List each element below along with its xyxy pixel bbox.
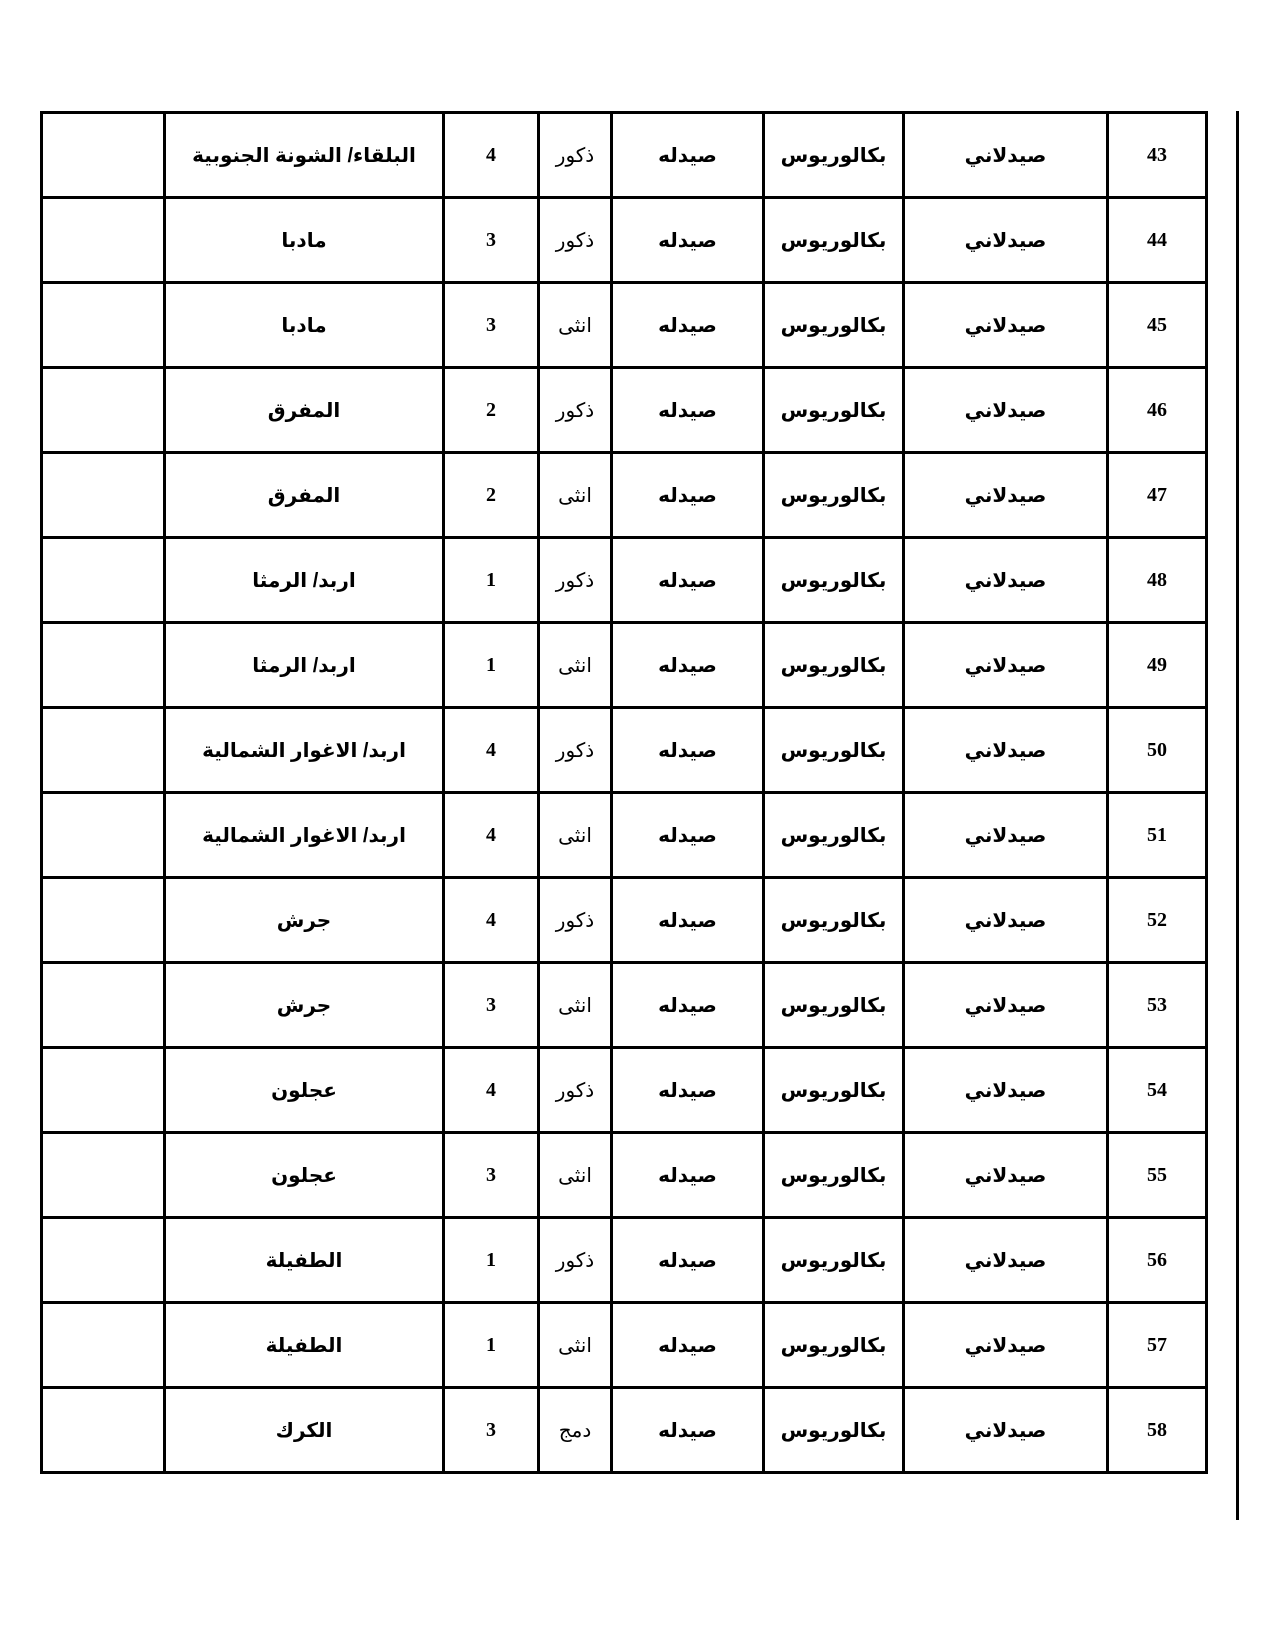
table-row: المفرق2ذكورصيدلهبكالوريوسصيدلاني46 [42,368,1207,453]
table-row: عجلون4ذكورصيدلهبكالوريوسصيدلاني54 [42,1048,1207,1133]
degree-cell: بكالوريوس [764,1133,904,1218]
specialization-cell: صيدله [612,963,764,1048]
degree-cell: بكالوريوس [764,1303,904,1388]
notes-cell [42,1218,165,1303]
specialization-cell: صيدله [612,1388,764,1473]
specialization-cell: صيدله [612,1218,764,1303]
table-row: اربد/ الاغوار الشمالية4انثىصيدلهبكالوريو… [42,793,1207,878]
table-row: المفرق2انثىصيدلهبكالوريوسصيدلاني47 [42,453,1207,538]
job-title-cell: صيدلاني [904,283,1108,368]
job-title-cell: صيدلاني [904,878,1108,963]
specialization-cell: صيدله [612,453,764,538]
gender-cell: انثى [539,793,612,878]
gender-cell: انثى [539,453,612,538]
location-cell: اربد/ الاغوار الشمالية [165,793,444,878]
serial-cell: 43 [1108,113,1207,198]
notes-cell [42,198,165,283]
location-cell: الطفيلة [165,1303,444,1388]
table-row: اربد/ الرمثا1انثىصيدلهبكالوريوسصيدلاني49 [42,623,1207,708]
specialization-cell: صيدله [612,708,764,793]
specialization-cell: صيدله [612,1048,764,1133]
serial-cell: 57 [1108,1303,1207,1388]
count-cell: 4 [444,878,539,963]
location-cell: اربد/ الاغوار الشمالية [165,708,444,793]
specialization-cell: صيدله [612,198,764,283]
location-cell: اربد/ الرمثا [165,623,444,708]
gender-cell: انثى [539,1303,612,1388]
gender-cell: ذكور [539,1048,612,1133]
count-cell: 4 [444,708,539,793]
count-cell: 3 [444,283,539,368]
notes-cell [42,1388,165,1473]
notes-cell [42,113,165,198]
degree-cell: بكالوريوس [764,368,904,453]
specialization-cell: صيدله [612,623,764,708]
location-cell: المفرق [165,368,444,453]
job-title-cell: صيدلاني [904,1133,1108,1218]
gender-cell: انثى [539,1133,612,1218]
degree-cell: بكالوريوس [764,113,904,198]
table-row: الكرك3دمجصيدلهبكالوريوسصيدلاني58 [42,1388,1207,1473]
gender-cell: ذكور [539,878,612,963]
location-cell: عجلون [165,1048,444,1133]
serial-cell: 48 [1108,538,1207,623]
job-title-cell: صيدلاني [904,1048,1108,1133]
specialization-cell: صيدله [612,1133,764,1218]
serial-cell: 54 [1108,1048,1207,1133]
specialization-cell: صيدله [612,538,764,623]
table-row: اربد/ الاغوار الشمالية4ذكورصيدلهبكالوريو… [42,708,1207,793]
notes-cell [42,538,165,623]
gender-cell: ذكور [539,113,612,198]
location-cell: المفرق [165,453,444,538]
gender-cell: ذكور [539,368,612,453]
job-title-cell: صيدلاني [904,368,1108,453]
gender-cell: انثى [539,283,612,368]
table-row: مادبا3انثىصيدلهبكالوريوسصيدلاني45 [42,283,1207,368]
location-cell: البلقاء/ الشونة الجنوبية [165,113,444,198]
job-title-cell: صيدلاني [904,963,1108,1048]
notes-cell [42,793,165,878]
table-row: جرش4ذكورصيدلهبكالوريوسصيدلاني52 [42,878,1207,963]
table-row: اربد/ الرمثا1ذكورصيدلهبكالوريوسصيدلاني48 [42,538,1207,623]
gender-cell: دمج [539,1388,612,1473]
specialization-cell: صيدله [612,113,764,198]
degree-cell: بكالوريوس [764,1048,904,1133]
job-title-cell: صيدلاني [904,708,1108,793]
notes-cell [42,963,165,1048]
location-cell: مادبا [165,283,444,368]
gender-cell: انثى [539,623,612,708]
page-margin-line [1236,111,1239,1520]
count-cell: 1 [444,1303,539,1388]
count-cell: 3 [444,1388,539,1473]
notes-cell [42,283,165,368]
degree-cell: بكالوريوس [764,198,904,283]
table-body: البلقاء/ الشونة الجنوبية4ذكورصيدلهبكالور… [42,113,1207,1473]
degree-cell: بكالوريوس [764,623,904,708]
specialization-cell: صيدله [612,1303,764,1388]
serial-cell: 56 [1108,1218,1207,1303]
degree-cell: بكالوريوس [764,1218,904,1303]
table-row: البلقاء/ الشونة الجنوبية4ذكورصيدلهبكالور… [42,113,1207,198]
document-page: البلقاء/ الشونة الجنوبية4ذكورصيدلهبكالور… [0,0,1275,1650]
notes-cell [42,1303,165,1388]
count-cell: 3 [444,1133,539,1218]
table-row: مادبا3ذكورصيدلهبكالوريوسصيدلاني44 [42,198,1207,283]
job-title-cell: صيدلاني [904,198,1108,283]
serial-cell: 46 [1108,368,1207,453]
count-cell: 2 [444,453,539,538]
count-cell: 4 [444,1048,539,1133]
gender-cell: ذكور [539,198,612,283]
specialization-cell: صيدله [612,368,764,453]
degree-cell: بكالوريوس [764,1388,904,1473]
serial-cell: 53 [1108,963,1207,1048]
notes-cell [42,708,165,793]
count-cell: 1 [444,1218,539,1303]
count-cell: 3 [444,963,539,1048]
gender-cell: ذكور [539,708,612,793]
table-row: الطفيلة1ذكورصيدلهبكالوريوسصيدلاني56 [42,1218,1207,1303]
serial-cell: 52 [1108,878,1207,963]
degree-cell: بكالوريوس [764,538,904,623]
location-cell: اربد/ الرمثا [165,538,444,623]
gender-cell: انثى [539,963,612,1048]
specialization-cell: صيدله [612,878,764,963]
serial-cell: 51 [1108,793,1207,878]
table-row: جرش3انثىصيدلهبكالوريوسصيدلاني53 [42,963,1207,1048]
degree-cell: بكالوريوس [764,963,904,1048]
count-cell: 2 [444,368,539,453]
count-cell: 1 [444,538,539,623]
notes-cell [42,1133,165,1218]
location-cell: جرش [165,878,444,963]
table-row: الطفيلة1انثىصيدلهبكالوريوسصيدلاني57 [42,1303,1207,1388]
serial-cell: 58 [1108,1388,1207,1473]
serial-cell: 47 [1108,453,1207,538]
gender-cell: ذكور [539,538,612,623]
degree-cell: بكالوريوس [764,453,904,538]
job-title-cell: صيدلاني [904,623,1108,708]
job-title-cell: صيدلاني [904,453,1108,538]
specialization-cell: صيدله [612,793,764,878]
serial-cell: 44 [1108,198,1207,283]
degree-cell: بكالوريوس [764,878,904,963]
serial-cell: 49 [1108,623,1207,708]
serial-cell: 45 [1108,283,1207,368]
job-title-cell: صيدلاني [904,1218,1108,1303]
location-cell: الكرك [165,1388,444,1473]
notes-cell [42,878,165,963]
job-title-cell: صيدلاني [904,113,1108,198]
vacancies-table: البلقاء/ الشونة الجنوبية4ذكورصيدلهبكالور… [40,111,1208,1474]
location-cell: مادبا [165,198,444,283]
notes-cell [42,453,165,538]
gender-cell: ذكور [539,1218,612,1303]
job-title-cell: صيدلاني [904,1303,1108,1388]
count-cell: 1 [444,623,539,708]
notes-cell [42,368,165,453]
table-row: عجلون3انثىصيدلهبكالوريوسصيدلاني55 [42,1133,1207,1218]
location-cell: الطفيلة [165,1218,444,1303]
job-title-cell: صيدلاني [904,793,1108,878]
notes-cell [42,623,165,708]
job-title-cell: صيدلاني [904,538,1108,623]
count-cell: 4 [444,793,539,878]
count-cell: 4 [444,113,539,198]
count-cell: 3 [444,198,539,283]
serial-cell: 50 [1108,708,1207,793]
serial-cell: 55 [1108,1133,1207,1218]
job-title-cell: صيدلاني [904,1388,1108,1473]
degree-cell: بكالوريوس [764,708,904,793]
location-cell: عجلون [165,1133,444,1218]
specialization-cell: صيدله [612,283,764,368]
degree-cell: بكالوريوس [764,283,904,368]
degree-cell: بكالوريوس [764,793,904,878]
location-cell: جرش [165,963,444,1048]
notes-cell [42,1048,165,1133]
